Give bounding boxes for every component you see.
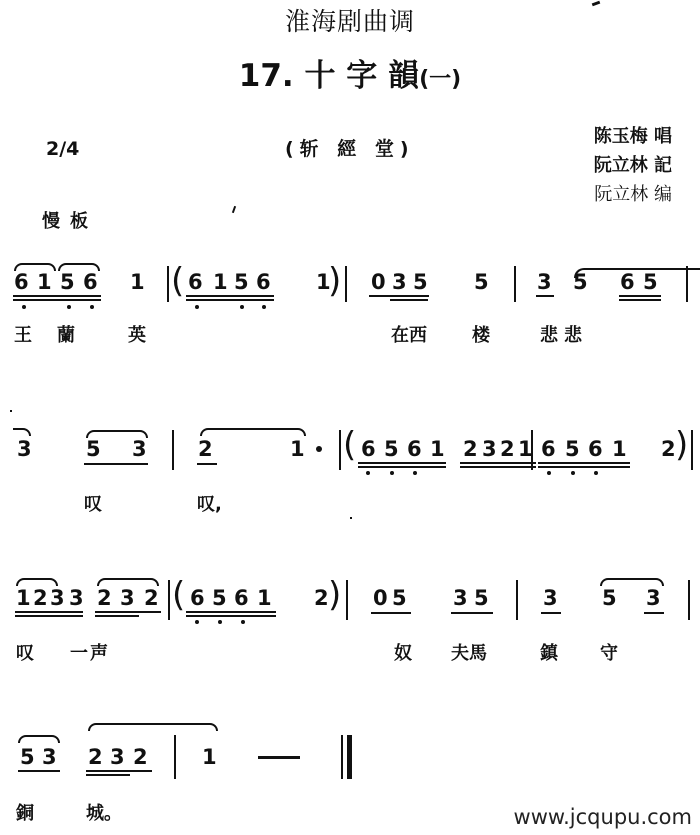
slur xyxy=(97,578,159,586)
slur xyxy=(600,578,664,586)
note: 5 xyxy=(384,437,399,461)
lyric: 叹, xyxy=(197,495,222,515)
lyric: 叹 xyxy=(16,644,34,664)
note: 5 xyxy=(474,586,489,610)
underline xyxy=(186,611,276,613)
note: 5 xyxy=(20,745,35,769)
credit-editor: 阮立林 编 xyxy=(594,180,672,209)
piece-part: (一) xyxy=(419,67,461,92)
note: 1 xyxy=(37,270,52,294)
note: 3 xyxy=(453,586,468,610)
lyric: 王 xyxy=(14,326,32,346)
underline xyxy=(390,299,428,301)
note: 6 xyxy=(588,437,603,461)
underline xyxy=(460,462,536,464)
slur xyxy=(88,723,218,731)
underline xyxy=(15,611,83,613)
lyric: 一声 xyxy=(70,644,110,664)
underline xyxy=(13,299,101,301)
note: 3 xyxy=(543,586,558,610)
barline xyxy=(345,266,347,302)
underline xyxy=(644,612,664,614)
note: 1 xyxy=(612,437,627,461)
lyric: 在西 xyxy=(391,326,427,346)
underline xyxy=(18,770,60,772)
underline xyxy=(95,615,139,617)
note: 3 xyxy=(120,586,135,610)
note: 3 xyxy=(392,270,407,294)
low-octave-dot xyxy=(195,305,199,309)
piece-title: 17. 十 字 韻(一) xyxy=(0,50,700,97)
note: 1 xyxy=(257,586,272,610)
underline xyxy=(536,295,554,297)
low-octave-dot xyxy=(547,471,551,475)
note: 2 xyxy=(144,586,159,610)
note: 0 xyxy=(371,270,386,294)
extension-dash xyxy=(258,756,300,759)
underline xyxy=(538,466,630,468)
lyric: 奴 xyxy=(394,644,412,664)
underline xyxy=(186,299,274,301)
close-paren: ) xyxy=(675,428,688,462)
print-mark xyxy=(232,206,236,213)
close-paren: ) xyxy=(328,578,341,612)
print-mark xyxy=(350,517,352,519)
note: 5 xyxy=(643,270,658,294)
underline xyxy=(358,462,446,464)
credit-transcriber: 阮立林 記 xyxy=(594,151,672,180)
note: 1 xyxy=(202,745,217,769)
note: 6 xyxy=(188,270,203,294)
close-paren: ) xyxy=(328,264,341,298)
note: 1 xyxy=(213,270,228,294)
underline xyxy=(619,295,661,297)
barline xyxy=(531,430,533,470)
piece-number: 17. xyxy=(239,58,294,94)
note: 5 xyxy=(413,270,428,294)
note: 5 xyxy=(212,586,227,610)
underline xyxy=(84,463,148,465)
underline xyxy=(538,462,630,464)
note: 6 xyxy=(541,437,556,461)
lyric: 悲悲 xyxy=(540,326,588,346)
note: 5 xyxy=(60,270,75,294)
underline xyxy=(541,612,561,614)
note: 2 xyxy=(198,437,213,461)
slur xyxy=(18,735,60,743)
barline xyxy=(168,580,170,620)
lyric: 守 xyxy=(600,644,618,664)
low-octave-dot xyxy=(22,305,26,309)
open-paren: ( xyxy=(172,578,185,612)
low-octave-dot xyxy=(366,471,370,475)
note: 3 xyxy=(42,745,57,769)
note: 6 xyxy=(620,270,635,294)
note: 2 xyxy=(97,586,112,610)
note: 1 xyxy=(130,270,145,294)
barline xyxy=(174,735,176,779)
note: 2 xyxy=(500,437,515,461)
underline xyxy=(369,295,429,297)
barline xyxy=(167,266,169,302)
collection-title: 淮海剧曲调 xyxy=(0,2,700,38)
low-octave-dot xyxy=(390,471,394,475)
lyric: 英 xyxy=(128,326,146,346)
underline xyxy=(371,612,411,614)
low-octave-dot xyxy=(90,305,94,309)
note: 3 xyxy=(482,437,497,461)
print-mark xyxy=(10,410,12,412)
slur xyxy=(574,268,700,278)
underline xyxy=(13,295,101,297)
barline xyxy=(516,580,518,620)
underline xyxy=(86,770,152,772)
underline xyxy=(619,299,661,301)
slur xyxy=(16,578,58,586)
low-octave-dot xyxy=(594,471,598,475)
underline xyxy=(15,615,83,617)
lyric: 夫馬 xyxy=(451,644,487,664)
lyric: 銅 xyxy=(16,804,34,824)
note: 1 xyxy=(430,437,445,461)
note: 2 xyxy=(661,437,676,461)
barline xyxy=(514,266,516,302)
barline xyxy=(339,430,341,470)
underline xyxy=(460,466,536,468)
low-octave-dot xyxy=(195,620,199,624)
augmentation-dot xyxy=(316,446,322,452)
note: 6 xyxy=(14,270,29,294)
low-octave-dot xyxy=(240,305,244,309)
note: 2 xyxy=(133,745,148,769)
note: 3 xyxy=(646,586,661,610)
low-octave-dot xyxy=(241,620,245,624)
barline xyxy=(688,580,690,620)
barline xyxy=(686,266,688,302)
piece-name: 十 字 韻 xyxy=(305,58,420,94)
barline xyxy=(691,430,693,470)
note: 0 xyxy=(373,586,388,610)
low-octave-dot xyxy=(413,471,417,475)
low-octave-dot xyxy=(262,305,266,309)
underline xyxy=(95,611,161,613)
open-paren: ( xyxy=(171,264,184,298)
underline xyxy=(358,466,446,468)
slur xyxy=(200,428,306,436)
note: 3 xyxy=(69,586,84,610)
lyric: 叹 xyxy=(84,495,102,515)
note: 5 xyxy=(565,437,580,461)
note: 5 xyxy=(602,586,617,610)
credits: 陈玉梅 唱 阮立林 記 阮立林 编 xyxy=(594,122,672,209)
note: 2 xyxy=(314,586,329,610)
note: 2 xyxy=(33,586,48,610)
lyric: 鎮 xyxy=(540,644,558,664)
credit-singer: 陈玉梅 唱 xyxy=(594,122,672,151)
note: 5 xyxy=(474,270,489,294)
slur-end xyxy=(13,428,31,436)
source-opera: (斩 經 堂) xyxy=(285,134,415,161)
low-octave-dot xyxy=(218,620,222,624)
note: 3 xyxy=(537,270,552,294)
low-octave-dot xyxy=(571,471,575,475)
low-octave-dot xyxy=(67,305,71,309)
underline xyxy=(186,615,276,617)
note: 6 xyxy=(407,437,422,461)
underline xyxy=(186,295,274,297)
final-barline-thick xyxy=(347,735,352,779)
time-signature: 2/4 xyxy=(46,138,79,160)
note: 6 xyxy=(256,270,271,294)
barline xyxy=(346,580,348,620)
note: 5 xyxy=(392,586,407,610)
lyric: 城。 xyxy=(86,804,122,824)
note: 1 xyxy=(290,437,305,461)
note: 1 xyxy=(16,586,31,610)
note: 3 xyxy=(50,586,65,610)
barline xyxy=(172,430,174,470)
note: 6 xyxy=(190,586,205,610)
final-barline-thin xyxy=(341,735,343,779)
lyric: 楼 xyxy=(472,326,490,346)
note: 6 xyxy=(361,437,376,461)
note: 6 xyxy=(234,586,249,610)
note: 3 xyxy=(110,745,125,769)
note: 2 xyxy=(88,745,103,769)
open-paren: ( xyxy=(343,428,356,462)
tempo-marking: 慢板 xyxy=(42,207,98,233)
note: 2 xyxy=(463,437,478,461)
underline xyxy=(197,463,217,465)
note: 3 xyxy=(132,437,147,461)
note: 3 xyxy=(17,437,32,461)
note: 6 xyxy=(83,270,98,294)
note: 5 xyxy=(234,270,249,294)
lyric: 蘭 xyxy=(57,326,75,346)
note: 5 xyxy=(86,437,101,461)
watermark: www.jcqupu.com xyxy=(514,805,692,829)
underline xyxy=(86,774,130,776)
underline xyxy=(451,612,493,614)
